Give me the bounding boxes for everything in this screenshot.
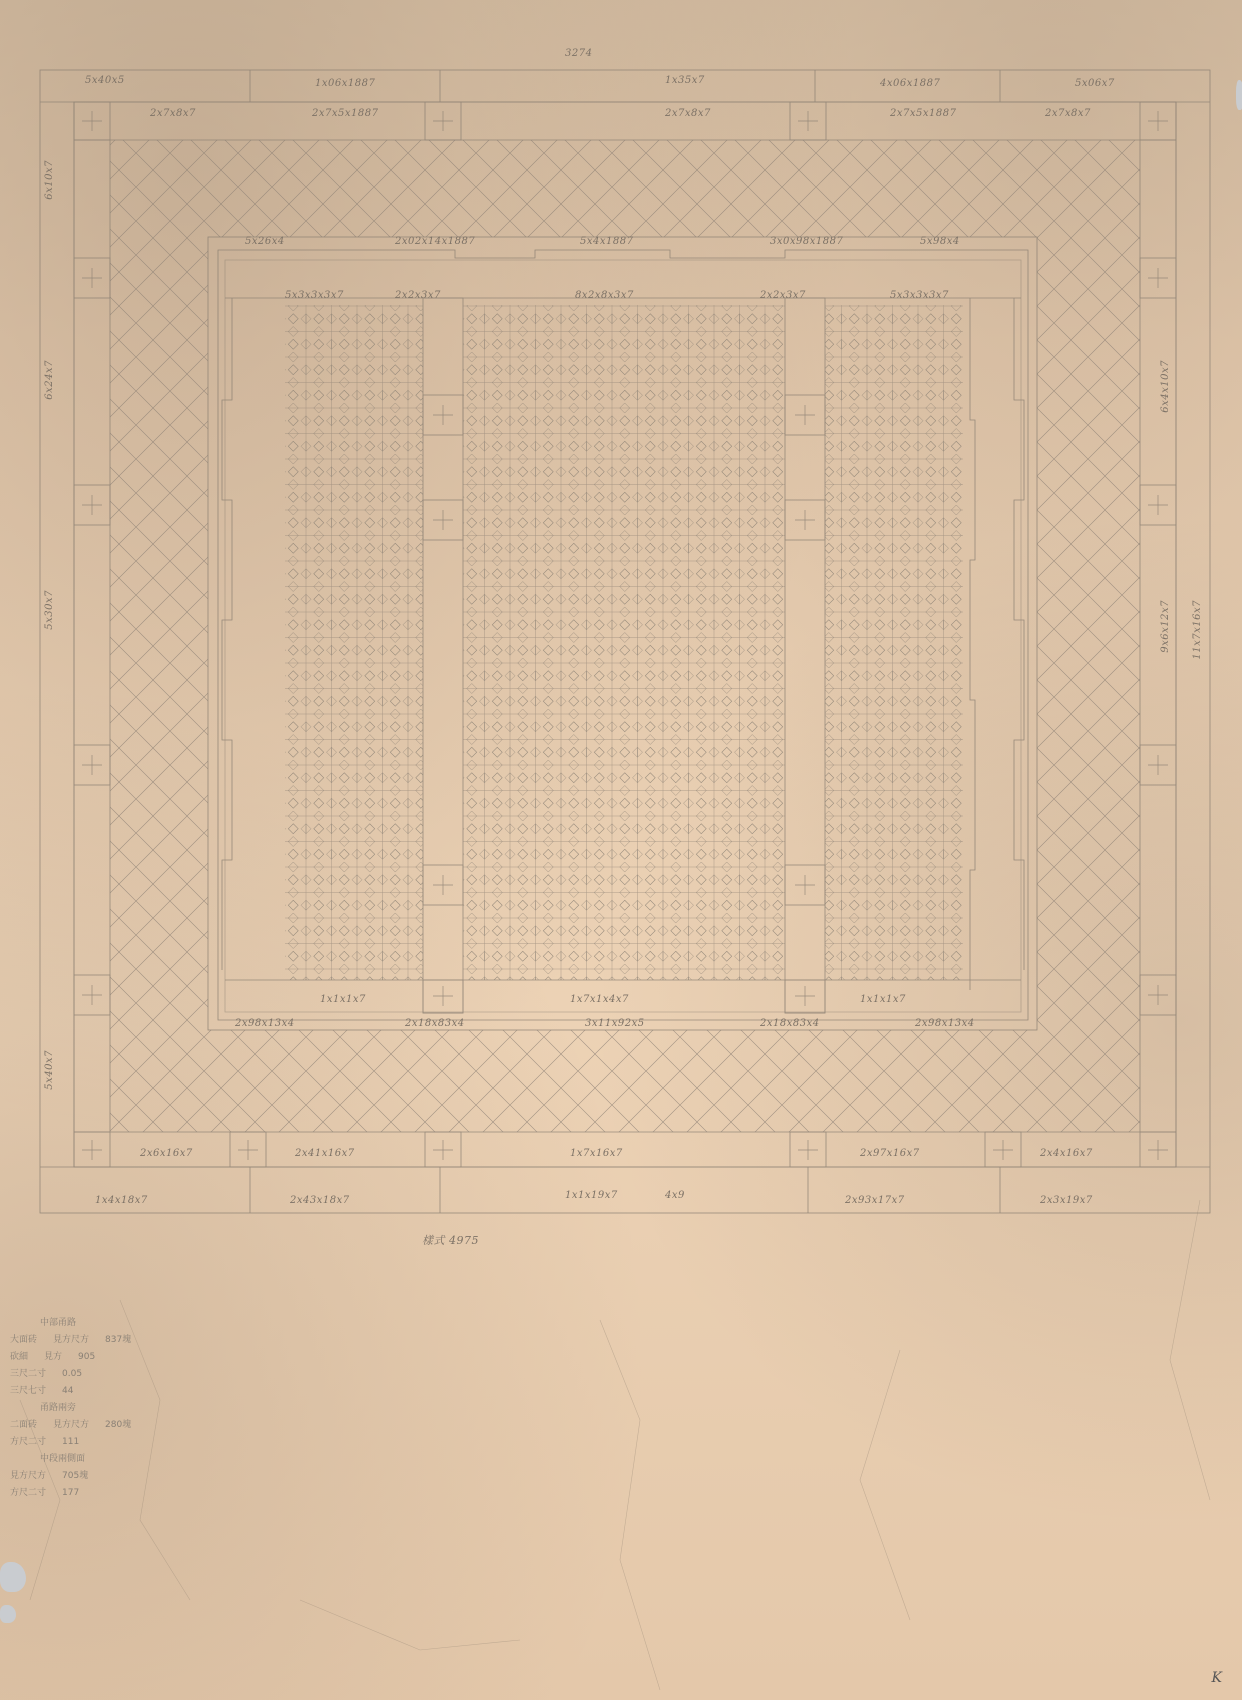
legend-heading: 中部甬路 <box>10 1315 147 1332</box>
dimension-note: 5x3x3x3x7 <box>890 290 949 301</box>
dimension-note: 11x7x16x7 <box>1192 600 1203 660</box>
dimension-note: 2x7x5x1887 <box>312 108 378 119</box>
dimension-note: 2x18x83x4 <box>405 1018 465 1029</box>
corner-mark: K <box>1212 1670 1222 1686</box>
dimension-note: 5x06x7 <box>1075 78 1115 89</box>
legend-heading: 甬路兩旁 <box>10 1400 147 1417</box>
dimension-note: 1x7x1x4x7 <box>570 994 629 1005</box>
catalogue-mark: 樣式 4975 <box>422 1232 479 1248</box>
paper-tear <box>0 1562 26 1592</box>
dimension-note: 9x6x12x7 <box>1160 600 1171 653</box>
octagon-field-center <box>463 305 785 980</box>
dimension-note: 2x3x19x7 <box>1040 1195 1093 1206</box>
dimension-note: 5x40x5 <box>85 75 125 86</box>
dimension-note: 2x7x8x7 <box>665 108 711 119</box>
dimension-note: 4x9 <box>665 1190 685 1201</box>
dimension-note: 2x4x16x7 <box>1040 1148 1093 1159</box>
dimension-note: 2x18x83x4 <box>760 1018 820 1029</box>
dimension-note: 2x98x13x4 <box>235 1018 295 1029</box>
dimension-note: 2x41x16x7 <box>295 1148 355 1159</box>
dimension-note: 5x4x1887 <box>580 236 633 247</box>
dimension-note: 2x2x3x7 <box>760 290 806 301</box>
dimension-note: 2x6x16x7 <box>140 1148 193 1159</box>
dimension-note: 1x7x16x7 <box>570 1148 623 1159</box>
dimension-note: 1x06x1887 <box>315 78 375 89</box>
dimension-note: 3x0x98x1887 <box>770 236 843 247</box>
dimension-note: 3x11x92x5 <box>585 1018 645 1029</box>
dimension-note: 5x26x4 <box>245 236 285 247</box>
dimension-note: 5x3x3x3x7 <box>285 290 344 301</box>
dimension-note: 1x35x7 <box>665 75 705 86</box>
sheet-number: 3274 <box>565 48 592 59</box>
dimension-note: 1x1x19x7 <box>565 1190 618 1201</box>
dimension-note: 1x1x1x7 <box>320 994 366 1005</box>
dimension-note: 2x97x16x7 <box>860 1148 920 1159</box>
dimension-note: 6x24x7 <box>44 360 55 400</box>
dimension-note: 1x4x18x7 <box>95 1195 148 1206</box>
legend-heading: 中段兩側面 <box>10 1451 147 1468</box>
dimension-note: 6x4x10x7 <box>1160 360 1171 413</box>
dimension-note: 1x1x1x7 <box>860 994 906 1005</box>
dimension-note: 5x40x7 <box>44 1050 55 1090</box>
material-legend: 中部甬路 大面砖見方尺方837塊 砍細見方905 三尺二寸0.05 三尺七寸44… <box>10 1315 147 1502</box>
dimension-note: 2x7x8x7 <box>1045 108 1091 119</box>
floor-plan-drawing <box>0 0 1242 1700</box>
dimension-note: 2x98x13x4 <box>915 1018 975 1029</box>
dimension-note: 2x93x17x7 <box>845 1195 905 1206</box>
octagon-field-right <box>825 305 963 980</box>
dimension-note: 2x43x18x7 <box>290 1195 350 1206</box>
paper-tear <box>1236 80 1242 110</box>
drawing-sheet: 3274 5x40x5 1x06x1887 1x35x7 4x06x1887 5… <box>0 0 1242 1700</box>
dimension-note: 8x2x8x3x7 <box>575 290 634 301</box>
dimension-note: 4x06x1887 <box>880 78 940 89</box>
dimension-note: 5x30x7 <box>44 590 55 630</box>
dimension-note: 2x02x14x1887 <box>395 236 475 247</box>
dimension-note: 6x10x7 <box>44 160 55 200</box>
dimension-note: 2x7x5x1887 <box>890 108 956 119</box>
octagon-field-left <box>285 305 423 980</box>
dimension-note: 5x98x4 <box>920 236 960 247</box>
dimension-note: 2x2x3x7 <box>395 290 441 301</box>
paper-tear <box>0 1605 16 1623</box>
dimension-note: 2x7x8x7 <box>150 108 196 119</box>
